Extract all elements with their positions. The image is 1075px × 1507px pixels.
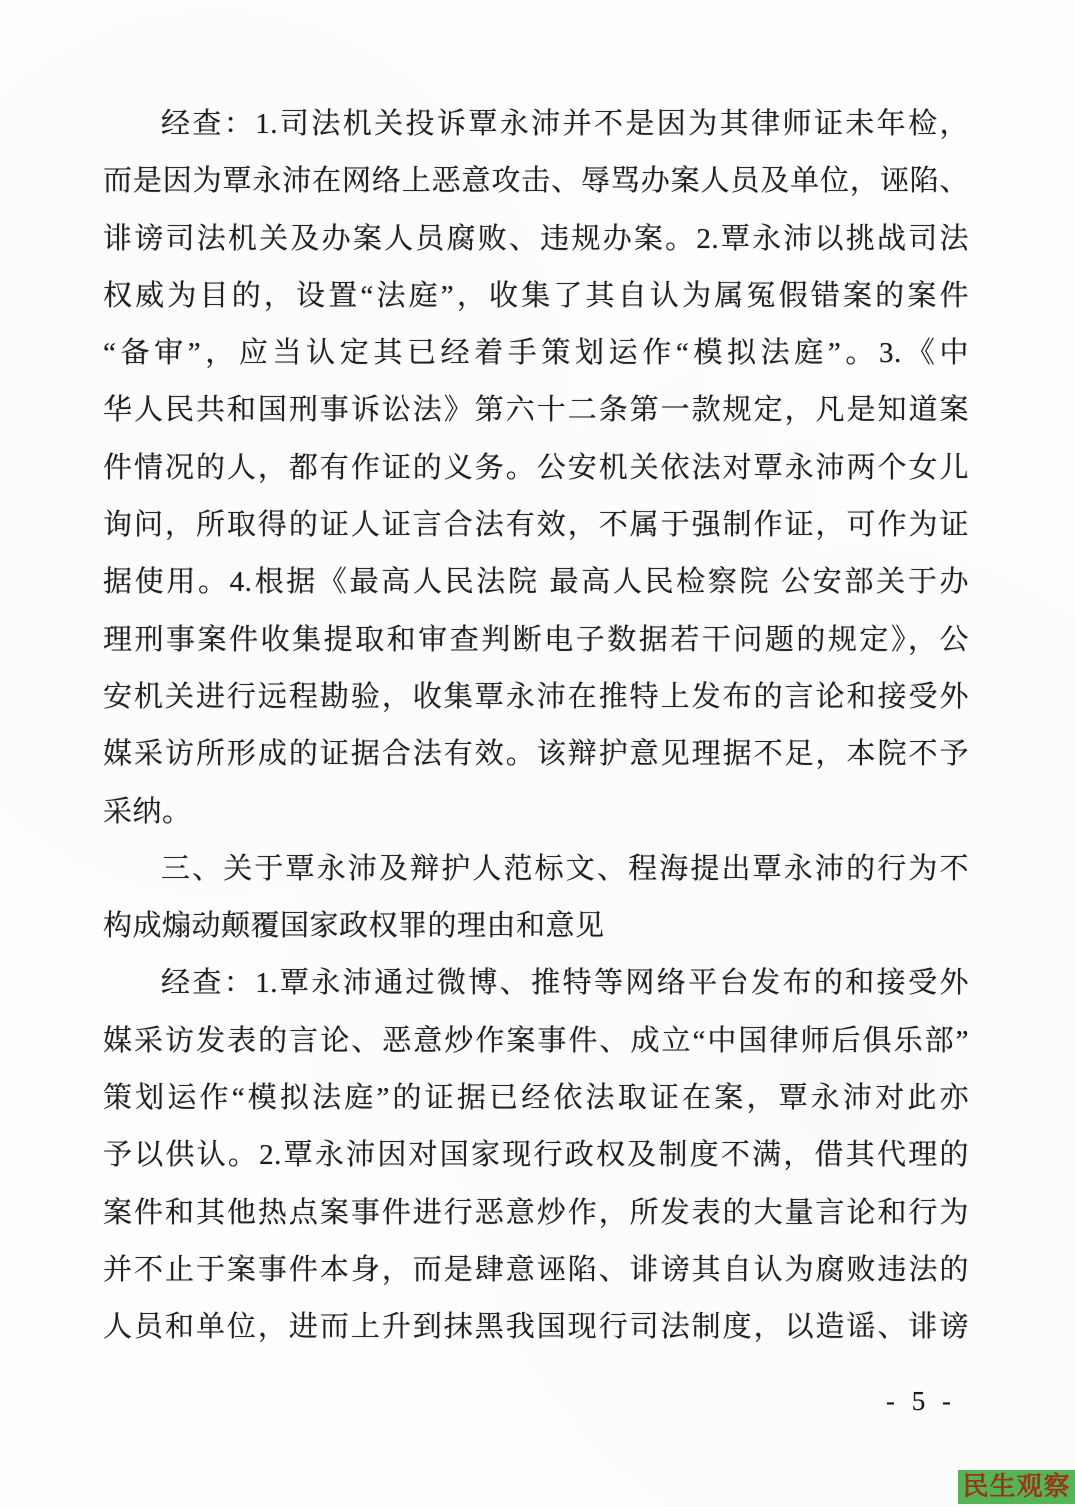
scanned-judgment-page: 经查：1.司法机关投诉覃永沛并不是因为其律师证未年检， 而是因为覃永沛在网络上恶… bbox=[0, 0, 1075, 1507]
watermark-badge: 民生观察 bbox=[958, 1470, 1075, 1504]
text-line: 采纳。 bbox=[103, 784, 969, 841]
text-line: 而是因为覃永沛在网络上恶意攻击、辱骂办案人员及单位，诬陷、 bbox=[103, 153, 969, 210]
text-line: 安机关进行远程勘验，收集覃永沛在推特上发布的言论和接受外 bbox=[103, 669, 969, 726]
text-line: 权威为目的，设置“法庭”，收集了其自认为属冤假错案的案件 bbox=[103, 268, 969, 325]
document-body: 经查：1.司法机关投诉覃永沛并不是因为其律师证未年检， 而是因为覃永沛在网络上恶… bbox=[103, 96, 969, 1357]
text-line: 经查：1.覃永沛通过微博、推特等网络平台发布的和接受外 bbox=[103, 955, 969, 1012]
text-line: 媒采访所形成的证据合法有效。该辩护意见理据不足，本院不予 bbox=[103, 726, 969, 783]
text-line: 予以供认。2.覃永沛因对国家现行政权及制度不满，借其代理的 bbox=[103, 1127, 969, 1184]
text-line: 理刑事案件收集提取和审查判断电子数据若干问题的规定》，公 bbox=[103, 612, 969, 669]
text-line: 件情况的人，都有作证的义务。公安机关依法对覃永沛两个女儿 bbox=[103, 440, 969, 497]
text-line: “备审”，应当认定其已经着手策划运作“模拟法庭”。3.《中 bbox=[103, 325, 969, 382]
section-heading-line: 构成煽动颠覆国家政权罪的理由和意见 bbox=[103, 898, 969, 955]
section-heading-line: 三、关于覃永沛及辩护人范标文、程海提出覃永沛的行为不 bbox=[103, 841, 969, 898]
text-line: 华人民共和国刑事诉讼法》第六十二条第一款规定，凡是知道案 bbox=[103, 382, 969, 439]
page-number: - 5 - bbox=[886, 1386, 953, 1417]
text-line: 并不止于案事件本身，而是肆意诬陷、诽谤其自认为腐败违法的 bbox=[103, 1242, 969, 1299]
text-line: 据使用。4.根据《最高人民法院 最高人民检察院 公安部关于办 bbox=[103, 554, 969, 611]
text-line: 媒采访发表的言论、恶意炒作案事件、成立“中国律师后俱乐部” bbox=[103, 1013, 969, 1070]
text-line: 诽谤司法机关及办案人员腐败、违规办案。2.覃永沛以挑战司法 bbox=[103, 211, 969, 268]
text-line: 询问，所取得的证人证言合法有效，不属于强制作证，可作为证 bbox=[103, 497, 969, 554]
text-line: 人员和单位，进而上升到抹黑我国现行司法制度，以造谣、诽谤 bbox=[103, 1299, 969, 1356]
text-line: 案件和其他热点案事件进行恶意炒作，所发表的大量言论和行为 bbox=[103, 1185, 969, 1242]
text-line: 经查：1.司法机关投诉覃永沛并不是因为其律师证未年检， bbox=[103, 96, 969, 153]
text-line: 策划运作“模拟法庭”的证据已经依法取证在案，覃永沛对此亦 bbox=[103, 1070, 969, 1127]
